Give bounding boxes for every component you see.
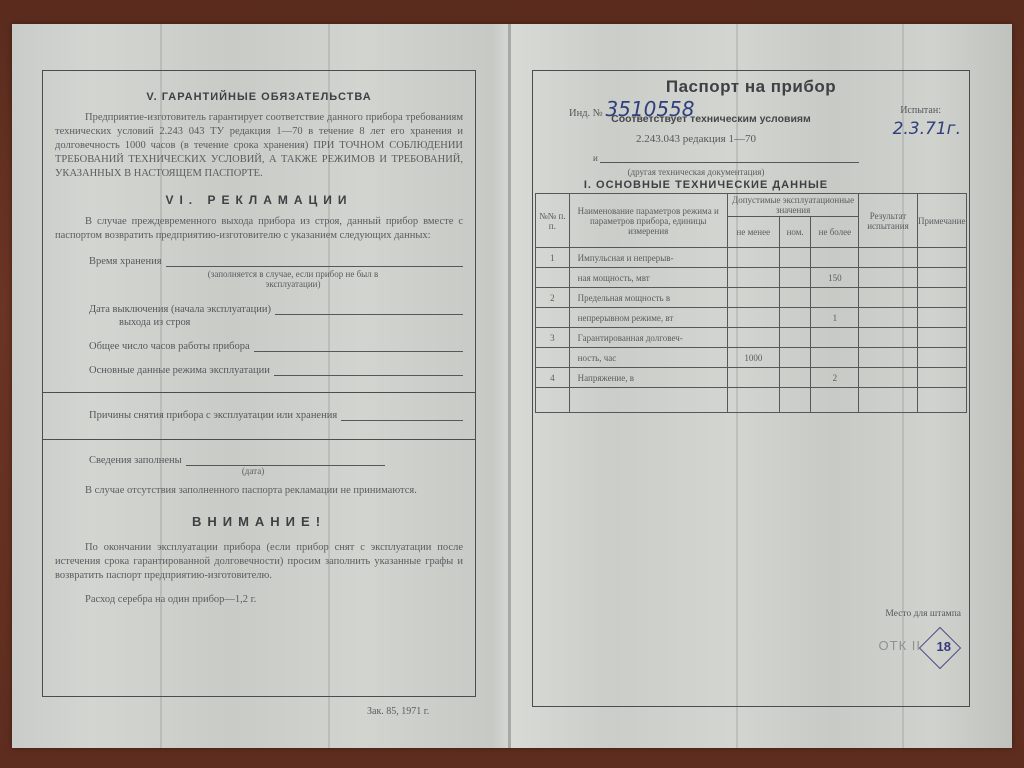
col-nom: ном. [779, 217, 811, 248]
table-row: 3 Гарантированная долговеч- [536, 328, 967, 348]
table-row [536, 388, 967, 413]
storage-time-label: Время хранения [89, 256, 162, 267]
table-row: 1 Импульсная и непрерыв- [536, 248, 967, 268]
spec-text: 2.243.043 редакция 1—70 [533, 133, 969, 145]
col-name: Наименование параметров режима и парамет… [569, 194, 727, 248]
table-row: 2 Предельная мощность в [536, 288, 967, 308]
shutdown-date-field[interactable]: Дата выключения (начала эксплуатации) [89, 303, 463, 315]
conforms-text: Соответствует техническим условиям [533, 113, 969, 125]
and-label: и [593, 153, 598, 163]
operating-mode-label: Основные данные режима эксплуатации [89, 365, 270, 376]
warranty-text: Предприятие-изготовитель гарантирует соо… [55, 111, 463, 181]
table-row: ная мощность, мвт 150 [536, 268, 967, 288]
technical-data-heading: I. ОСНОВНЫЕ ТЕХНИЧЕСКИЕ ДАННЫЕ [533, 179, 969, 191]
removal-reason-field[interactable]: Причины снятия прибора с эксплуатации ил… [89, 409, 463, 421]
table-row: непрерывном режиме, вт 1 [536, 308, 967, 328]
col-remark: Примечание [917, 194, 966, 248]
passport-sheet: V. ГАРАНТИЙНЫЕ ОБЯЗАТЕЛЬСТВА Предприятие… [12, 24, 1012, 748]
storage-time-field[interactable]: Время хранения [89, 255, 463, 267]
no-passport-text: В случае отсутствия заполненного паспорт… [55, 484, 463, 498]
center-fold [508, 24, 511, 748]
filled-label: Сведения заполнены [89, 455, 182, 466]
section-divider [43, 392, 475, 393]
col-max: не более [811, 217, 859, 248]
claims-text: В случае преждевременного выхода прибора… [55, 215, 463, 243]
warranty-claims-panel: V. ГАРАНТИЙНЫЕ ОБЯЗАТЕЛЬСТВА Предприятие… [42, 70, 476, 697]
shutdown-date-label: Дата выключения (начала эксплуатации) [89, 304, 271, 315]
technical-data-table: №№ п. п. Наименование параметров режима … [535, 193, 967, 413]
attention-text: По окончании эксплуатации прибора (если … [55, 541, 463, 583]
total-hours-label: Общее число часов работы прибора [89, 341, 250, 352]
col-result: Результат испытания [859, 194, 917, 248]
warranty-heading: V. ГАРАНТИЙНЫЕ ОБЯЗАТЕЛЬСТВА [43, 91, 475, 103]
removal-reason-label: Причины снятия прибора с эксплуатации ил… [89, 410, 337, 421]
order-note: Зак. 85, 1971 г. [367, 706, 429, 717]
table-row: ность, час 1000 [536, 348, 967, 368]
total-hours-field[interactable]: Общее число часов работы прибора [89, 340, 463, 352]
silver-text: Расход серебра на один прибор—1,2 г. [55, 593, 463, 607]
otk-stamp: ОТК II [879, 638, 921, 653]
filled-date-field[interactable]: Сведения заполнены [89, 454, 385, 466]
attention-heading: ВНИМАНИЕ! [43, 514, 475, 529]
col-min: не менее [727, 217, 779, 248]
passport-panel: Паспорт на прибор Инд. № 3510558 Испытан… [532, 70, 970, 707]
other-docs-note: (другая техническая документация) [533, 167, 969, 177]
failure-label: выхода из строя [119, 317, 475, 328]
col-num: №№ п. п. [536, 194, 570, 248]
operating-mode-field[interactable]: Основные данные режима эксплуатации [89, 364, 463, 376]
date-note: (дата) [153, 466, 353, 476]
col-allowed: Допустимые эксплуатационные значения [727, 194, 859, 217]
storage-note: (заполняется в случае, если прибор не бы… [193, 269, 393, 289]
stamp-place-label: Место для штампа [885, 609, 961, 619]
technical-data-table-wrap: №№ п. п. Наименование параметров режима … [535, 193, 967, 413]
other-docs-field[interactable]: и [593, 153, 859, 163]
stamp-number: 18 [937, 639, 951, 654]
section-divider [43, 439, 475, 440]
passport-title: Паспорт на прибор [533, 77, 969, 97]
table-row: 4 Напряжение, в 2 [536, 368, 967, 388]
claims-heading: VI. РЕКЛАМАЦИИ [43, 193, 475, 207]
